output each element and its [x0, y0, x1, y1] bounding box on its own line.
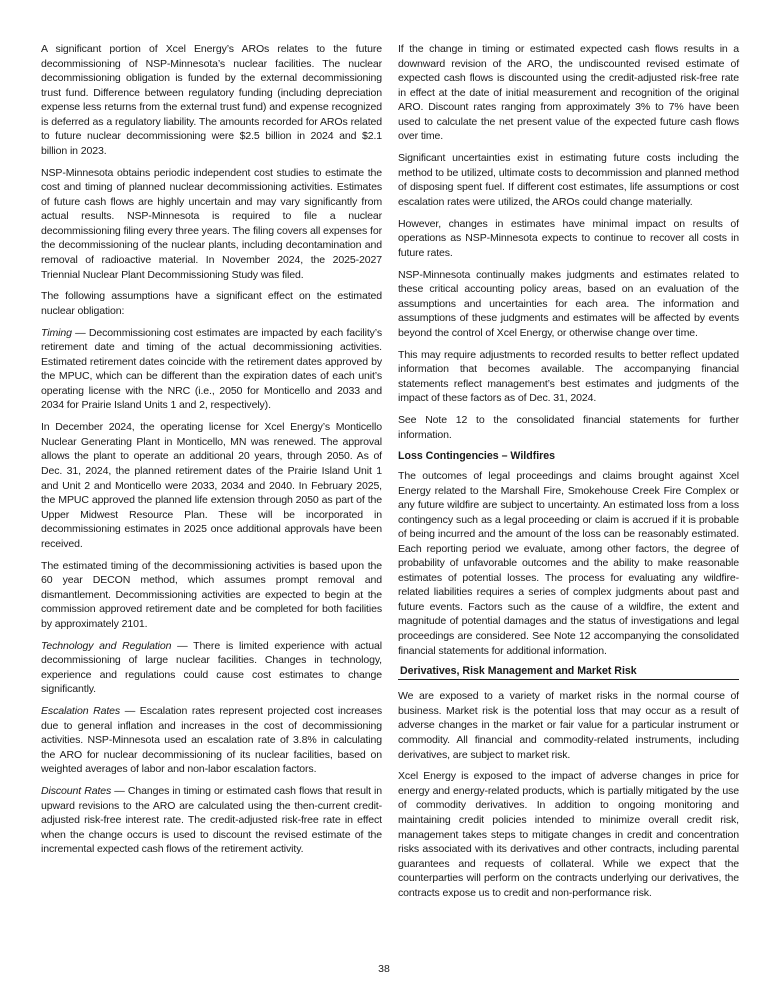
page-number: 38	[0, 963, 768, 975]
term-timing: Timing	[41, 327, 72, 339]
paragraph-commodity-derivatives: Xcel Energy is exposed to the impact of …	[398, 769, 739, 900]
paragraph-minimal-impact: However, changes in estimates have minim…	[398, 217, 739, 261]
heading-derivatives: Derivatives, Risk Management and Market …	[398, 665, 739, 680]
paragraph-technology: Technology and Regulation — There is lim…	[41, 639, 382, 697]
paragraph-timing: Timing — Decommissioning cost estimates …	[41, 326, 382, 413]
paragraph-escalation: Escalation Rates — Escalation rates repr…	[41, 704, 382, 777]
paragraph-wildfires: The outcomes of legal proceedings and cl…	[398, 469, 739, 658]
paragraph-adjustments: This may require adjustments to recorded…	[398, 348, 739, 406]
paragraph-discount: Discount Rates — Changes in timing or es…	[41, 784, 382, 857]
paragraph-market-risk: We are exposed to a variety of market ri…	[398, 689, 739, 762]
paragraph-downward-revision: If the change in timing or estimated exp…	[398, 42, 739, 144]
paragraph-aro-overview: A significant portion of Xcel Energy’s A…	[41, 42, 382, 158]
paragraph-assumptions-intro: The following assumptions have a signifi…	[41, 289, 382, 318]
paragraph-decon-method: The estimated timing of the decommission…	[41, 559, 382, 632]
term-escalation: Escalation Rates	[41, 705, 120, 717]
timing-text: — Decommissioning cost estimates are imp…	[41, 327, 382, 412]
right-column: If the change in timing or estimated exp…	[398, 42, 739, 908]
term-technology: Technology and Regulation	[41, 640, 171, 652]
left-column: A significant portion of Xcel Energy’s A…	[41, 42, 382, 864]
paragraph-judgments: NSP-Minnesota continually makes judgment…	[398, 268, 739, 341]
paragraph-cost-studies: NSP-Minnesota obtains periodic independe…	[41, 166, 382, 282]
paragraph-see-note: See Note 12 to the consolidated financia…	[398, 413, 739, 442]
term-discount: Discount Rates	[41, 785, 111, 797]
paragraph-monticello-license: In December 2024, the operating license …	[41, 420, 382, 551]
paragraph-uncertainties: Significant uncertainties exist in estim…	[398, 151, 739, 209]
heading-wildfires: Loss Contingencies – Wildfires	[398, 449, 739, 464]
